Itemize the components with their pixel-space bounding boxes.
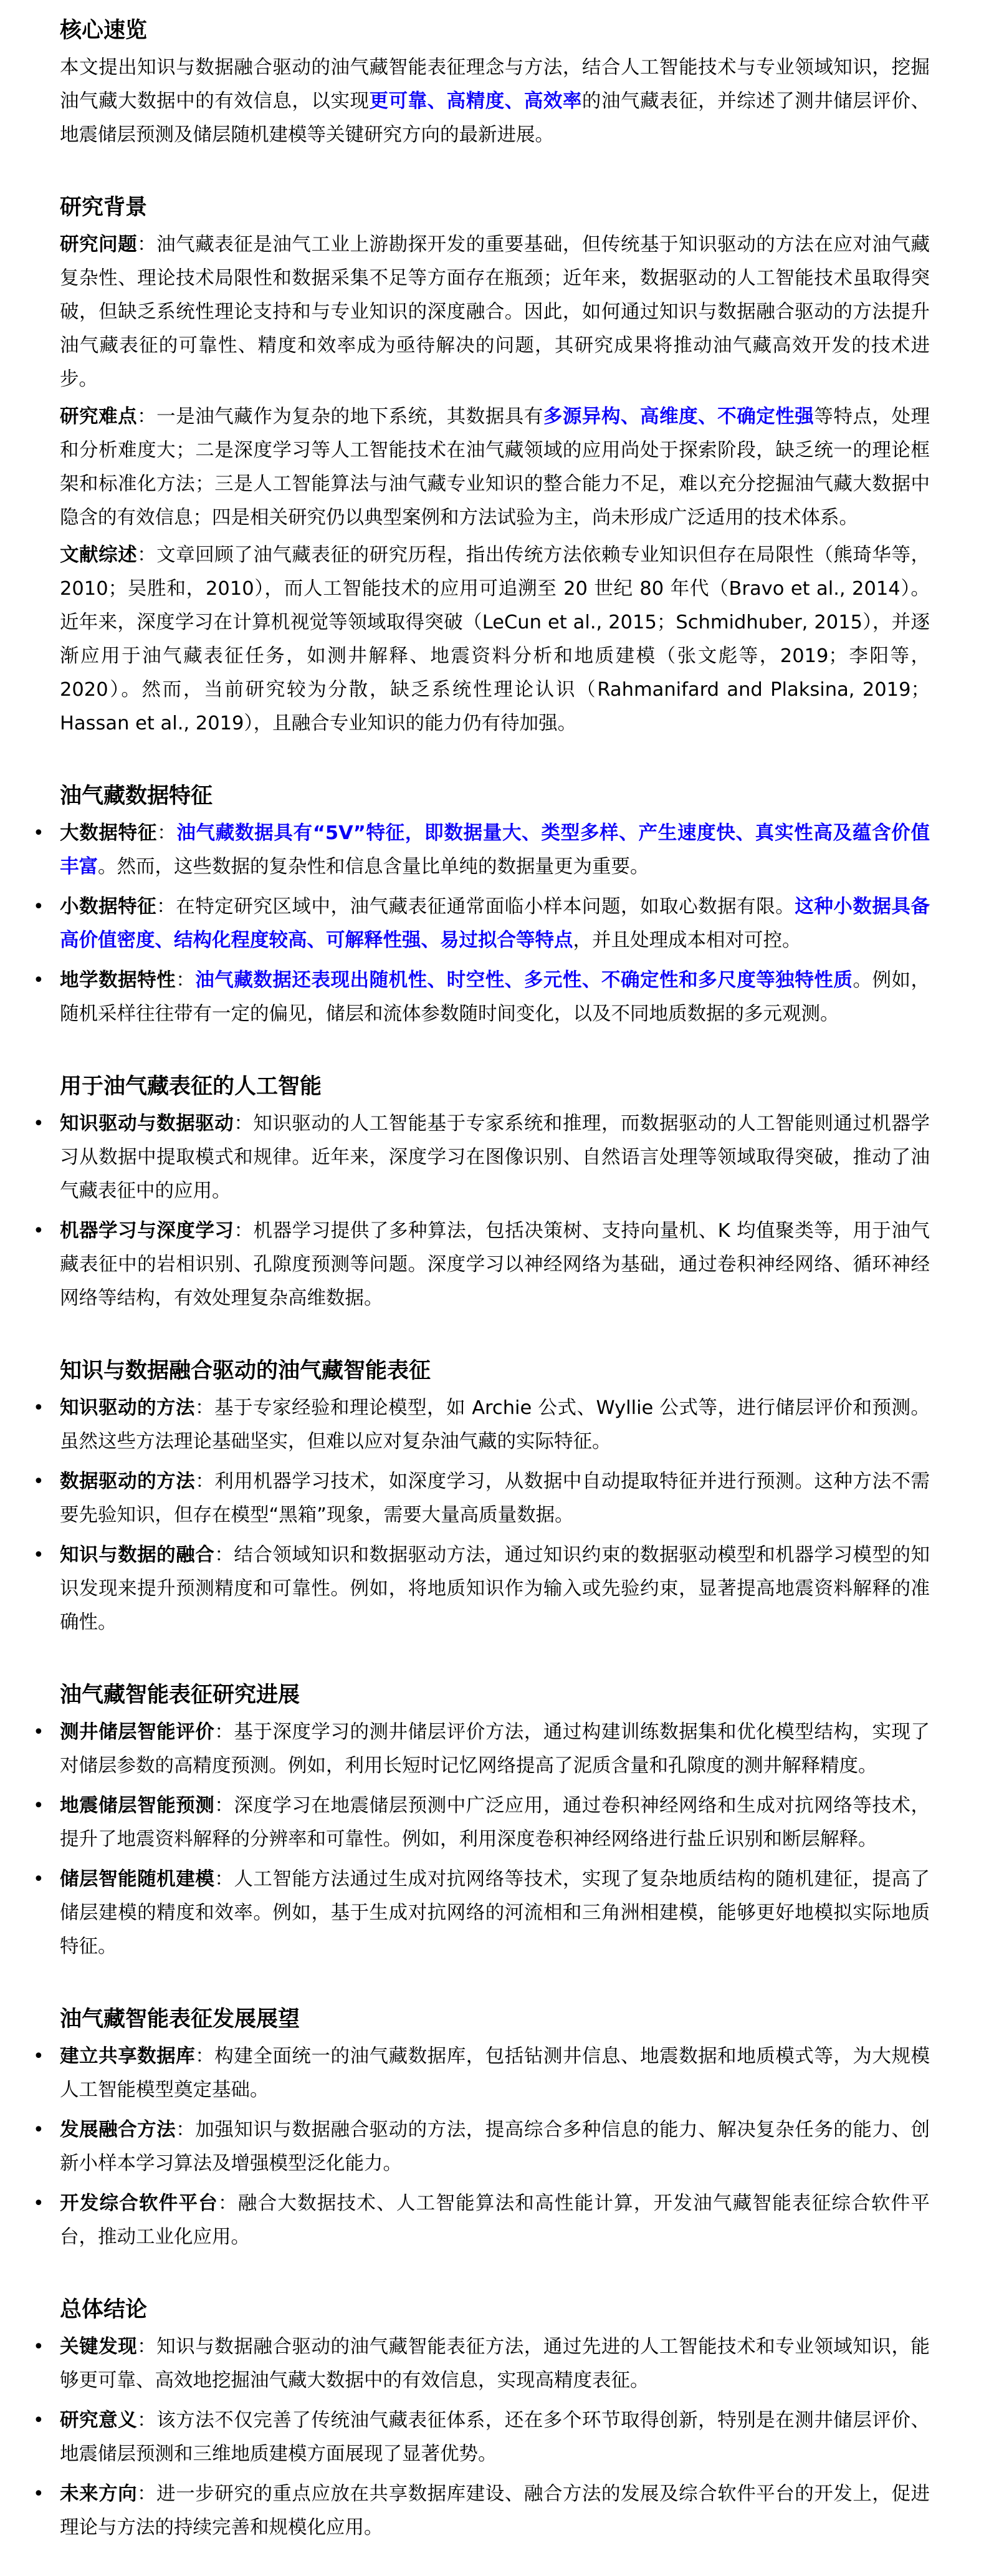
lead-label: 未来方向 <box>60 2483 137 2505</box>
lead-label: 大数据特征 <box>60 822 157 844</box>
section-data-characteristics: 油气藏数据特征 •大数据特征：油气藏数据具有“5V”特征，即数据量大、类型多样、… <box>60 779 930 1031</box>
text-segment: ：知识与数据融合驱动的油气藏智能表征方法，通过先进的人工智能技术和专业领域知识，… <box>60 2336 930 2391</box>
bullet-list: •关键发现：知识与数据融合驱动的油气藏智能表征方法，通过先进的人工智能技术和专业… <box>60 2330 930 2545</box>
section-title: 用于油气藏表征的人工智能 <box>60 1070 930 1103</box>
text-segment: ，并且处理成本相对可控。 <box>573 930 801 951</box>
lead-label: 测井储层智能评价 <box>60 1721 214 1743</box>
text-segment: ： <box>176 969 195 991</box>
list-item: •数据驱动的方法：利用机器学习技术，如深度学习，从数据中自动提取特征并进行预测。… <box>60 1465 930 1532</box>
lead-label: 知识驱动与数据驱动 <box>60 1113 234 1135</box>
bullet-icon: • <box>33 2477 44 2511</box>
literature-review-paragraph: 文献综述：文章回顾了油气藏表征的研究历程，指出传统方法依赖专业知识但存在局限性（… <box>60 539 930 741</box>
bullet-icon: • <box>33 2404 44 2438</box>
section-title: 油气藏智能表征研究进展 <box>60 1678 930 1712</box>
section-ai-for-characterization: 用于油气藏表征的人工智能 •知识驱动与数据驱动：知识驱动的人工智能基于专家系统和… <box>60 1070 930 1315</box>
section-title: 知识与数据融合驱动的油气藏智能表征 <box>60 1354 930 1388</box>
text-segment: ：在特定研究区域中，油气藏表征通常面临小样本问题，如取心数据有限。 <box>156 896 795 918</box>
list-item: •建立共享数据库：构建全面统一的油气藏数据库，包括钻测井信息、地震数据和地质模式… <box>60 2040 930 2107</box>
lead-label: 文献综述 <box>60 544 137 566</box>
section-title: 油气藏智能表征发展展望 <box>60 2002 930 2036</box>
section-title: 研究背景 <box>60 191 930 224</box>
section-research-background: 研究背景 研究问题：油气藏表征是油气工业上游勘探开发的重要基础，但传统基于知识驱… <box>60 191 930 741</box>
list-item: •发展融合方法：加强知识与数据融合驱动的方法，提高综合多种信息的能力、解决复杂任… <box>60 2113 930 2181</box>
section-title: 油气藏数据特征 <box>60 779 930 813</box>
bullet-icon: • <box>33 1789 44 1823</box>
highlight-text: 油气藏数据还表现出随机性、时空性、多元性、不确定性和多尺度等独特性质 <box>195 969 853 991</box>
lead-label: 发展融合方法 <box>60 2119 176 2141</box>
lead-label: 研究意义 <box>60 2410 137 2431</box>
bullet-icon: • <box>33 1391 44 1425</box>
bullet-icon: • <box>33 2330 44 2364</box>
list-item: •研究意义：该方法不仅完善了传统油气藏表征体系，还在多个环节取得创新，特别是在测… <box>60 2404 930 2471</box>
list-item: •地学数据特性：油气藏数据还表现出随机性、时空性、多元性、不确定性和多尺度等独特… <box>60 964 930 1031</box>
lead-label: 研究问题 <box>60 234 137 256</box>
list-item: •大数据特征：油气藏数据具有“5V”特征，即数据量大、类型多样、产生速度快、真实… <box>60 817 930 884</box>
bullet-list: •测井储层智能评价：基于深度学习的测井储层评价方法，通过构建训练数据集和优化模型… <box>60 1716 930 1964</box>
text-segment: ：该方法不仅完善了传统油气藏表征体系，还在多个环节取得创新，特别是在测井储层评价… <box>60 2410 930 2465</box>
bullet-icon: • <box>33 2187 44 2221</box>
document-page: 核心速览 本文提出知识与数据融合驱动的油气藏智能表征理念与方法，结合人工智能技术… <box>0 0 989 2576</box>
text-segment: ：文章回顾了油气藏表征的研究历程，指出传统方法依赖专业知识但存在局限性（熊琦华等… <box>60 544 930 734</box>
text-segment: 。然而，这些数据的复杂性和信息含量比单纯的数据量更为重要。 <box>98 856 649 878</box>
research-difficulty-paragraph: 研究难点：一是油气藏作为复杂的地下系统，其数据具有多源异构、高维度、不确定性强等… <box>60 400 930 535</box>
section-title: 总体结论 <box>60 2293 930 2327</box>
highlight-text: 多源异构、高维度、不确定性强 <box>543 406 814 428</box>
list-item: •知识驱动与数据驱动：知识驱动的人工智能基于专家系统和推理，而数据驱动的人工智能… <box>60 1107 930 1208</box>
bullet-list: •建立共享数据库：构建全面统一的油气藏数据库，包括钻测井信息、地震数据和地质模式… <box>60 2040 930 2254</box>
bullet-icon: • <box>33 2113 44 2147</box>
list-item: •储层智能随机建模：人工智能方法通过生成对抗网络等技术，实现了复杂地质结构的随机… <box>60 1863 930 1964</box>
lead-label: 储层智能随机建模 <box>60 1868 214 1890</box>
lead-label: 研究难点 <box>60 406 137 428</box>
list-item: •关键发现：知识与数据融合驱动的油气藏智能表征方法，通过先进的人工智能技术和专业… <box>60 2330 930 2398</box>
lead-label: 数据驱动的方法 <box>60 1471 195 1492</box>
lead-label: 开发综合软件平台 <box>60 2193 218 2214</box>
section-research-progress: 油气藏智能表征研究进展 •测井储层智能评价：基于深度学习的测井储层评价方法，通过… <box>60 1678 930 1964</box>
bullet-icon: • <box>33 1716 44 1749</box>
bullet-icon: • <box>33 1863 44 1896</box>
bullet-icon: • <box>33 817 44 850</box>
text-segment: ：一是油气藏作为复杂的地下系统，其数据具有 <box>137 406 543 428</box>
lead-label: 建立共享数据库 <box>60 2045 195 2067</box>
list-item: •机器学习与深度学习：机器学习提供了多种算法，包括决策树、支持向量机、K 均值聚… <box>60 1214 930 1315</box>
list-item: •测井储层智能评价：基于深度学习的测井储层评价方法，通过构建训练数据集和优化模型… <box>60 1716 930 1783</box>
bullet-icon: • <box>33 2040 44 2074</box>
list-item: •知识与数据的融合：结合领域知识和数据驱动方法，通过知识约束的数据驱动模型和机器… <box>60 1539 930 1640</box>
lead-label: 知识驱动的方法 <box>60 1397 195 1419</box>
text-segment: ：加强知识与数据融合驱动的方法，提高综合多种信息的能力、解决复杂任务的能力、创新… <box>60 2119 930 2175</box>
lead-label: 关键发现 <box>60 2336 137 2358</box>
lead-label: 地震储层智能预测 <box>60 1795 214 1817</box>
list-item: •开发综合软件平台：融合大数据技术、人工智能算法和高性能计算，开发油气藏智能表征… <box>60 2187 930 2254</box>
list-item: •未来方向：进一步研究的重点应放在共享数据库建设、融合方法的发展及综合软件平台的… <box>60 2477 930 2545</box>
section-title: 核心速览 <box>60 14 930 47</box>
lead-label: 地学数据特性 <box>60 969 176 991</box>
list-item: •小数据特征：在特定研究区域中，油气藏表征通常面临小样本问题，如取心数据有限。这… <box>60 890 930 958</box>
bullet-list: •大数据特征：油气藏数据具有“5V”特征，即数据量大、类型多样、产生速度快、真实… <box>60 817 930 1031</box>
bullet-list: •知识驱动的方法：基于专家经验和理论模型，如 Archie 公式、Wyllie … <box>60 1391 930 1640</box>
bullet-icon: • <box>33 890 44 924</box>
bullet-list: •知识驱动与数据驱动：知识驱动的人工智能基于专家系统和推理，而数据驱动的人工智能… <box>60 1107 930 1315</box>
section-core-overview: 核心速览 本文提出知识与数据融合驱动的油气藏智能表征理念与方法，结合人工智能技术… <box>60 14 930 152</box>
section-knowledge-data-fusion: 知识与数据融合驱动的油气藏智能表征 •知识驱动的方法：基于专家经验和理论模型，如… <box>60 1354 930 1640</box>
highlight-text: 更可靠、高精度、高效率 <box>370 90 582 112</box>
lead-label: 知识与数据的融合 <box>60 1544 214 1566</box>
text-segment: ：油气藏表征是油气工业上游勘探开发的重要基础，但传统基于知识驱动的方法在应对油气… <box>60 234 930 390</box>
overview-paragraph: 本文提出知识与数据融合驱动的油气藏智能表征理念与方法，结合人工智能技术与专业领域… <box>60 51 930 152</box>
bullet-icon: • <box>33 1465 44 1499</box>
research-problem-paragraph: 研究问题：油气藏表征是油气工业上游勘探开发的重要基础，但传统基于知识驱动的方法在… <box>60 228 930 396</box>
section-overall-conclusion: 总体结论 •关键发现：知识与数据融合驱动的油气藏智能表征方法，通过先进的人工智能… <box>60 2293 930 2545</box>
list-item: •知识驱动的方法：基于专家经验和理论模型，如 Archie 公式、Wyllie … <box>60 1391 930 1459</box>
list-item: •地震储层智能预测：深度学习在地震储层预测中广泛应用，通过卷积神经网络和生成对抗… <box>60 1789 930 1857</box>
text-segment: ： <box>157 822 176 844</box>
bullet-icon: • <box>33 1214 44 1248</box>
text-segment: ：进一步研究的重点应放在共享数据库建设、融合方法的发展及综合软件平台的开发上，促… <box>60 2483 930 2539</box>
lead-label: 机器学习与深度学习 <box>60 1220 234 1242</box>
section-development-outlook: 油气藏智能表征发展展望 •建立共享数据库：构建全面统一的油气藏数据库，包括钻测井… <box>60 2002 930 2254</box>
bullet-icon: • <box>33 1107 44 1141</box>
bullet-icon: • <box>33 964 44 997</box>
bullet-icon: • <box>33 1539 44 1572</box>
lead-label: 小数据特征 <box>60 896 156 918</box>
